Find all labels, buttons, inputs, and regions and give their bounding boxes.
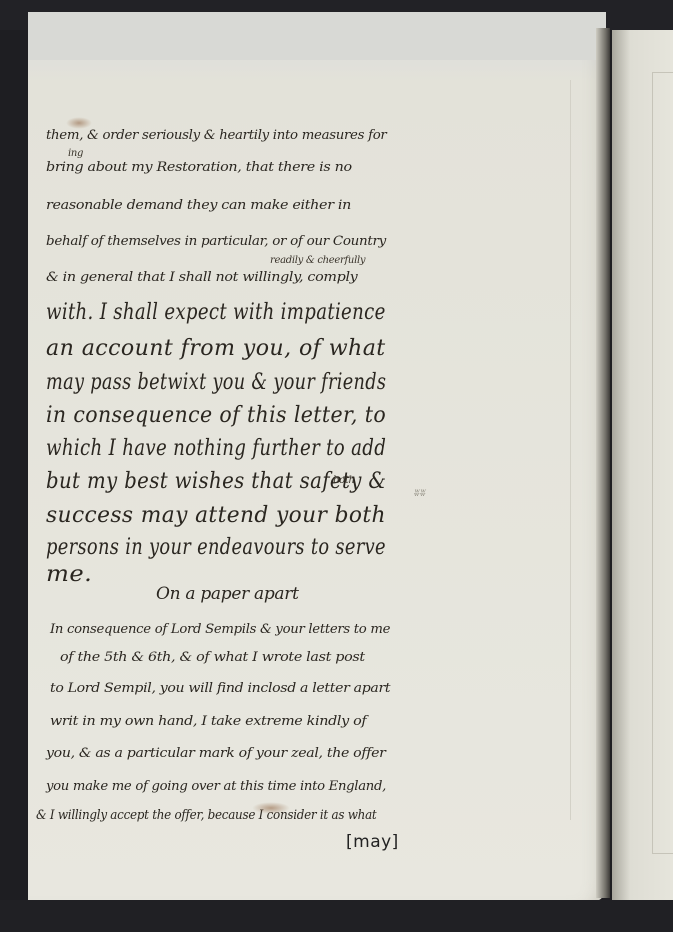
manuscript-line: them, & order seriously & heartily into … (46, 128, 386, 143)
manuscript-line: In consequence of Lord Sempils & your le… (50, 622, 390, 637)
margin-rule (570, 80, 571, 820)
manuscript-line: bring about my Restoration, that there i… (46, 160, 352, 175)
manuscript-line: behalf of themselves in particular, or o… (46, 234, 386, 249)
manuscript-line: to Lord Sempil, you will find inclosd a … (50, 681, 390, 696)
section-heading: On a paper apart (156, 584, 299, 604)
manuscript-line: writ in my own hand, I take extreme kind… (50, 714, 366, 729)
manuscript-line: with. I shall expect with impatience (46, 300, 386, 325)
editorial-annotation: [may] (346, 832, 399, 852)
interlinear-insertion: both (333, 475, 355, 486)
interlinear-insertion: ing (68, 148, 83, 159)
manuscript-line: you make me of going over at this time i… (46, 779, 386, 794)
manuscript-line: success may attend your both (46, 503, 386, 528)
facing-page-frame (652, 72, 673, 854)
manuscript-line: & I willingly accept the offer, because … (36, 808, 376, 823)
scan-background-bottom (0, 900, 673, 932)
binding-gutter (596, 28, 610, 898)
ink-stain (252, 802, 290, 814)
manuscript-line: an account from you, of what (46, 336, 386, 361)
manuscript-line: & in general that I shall not willingly,… (46, 270, 357, 285)
manuscript-line: me. (46, 562, 92, 587)
manuscript-line: in consequence of this letter, to (46, 403, 386, 428)
manuscript-line: of the 5th & 6th, & of what I wrote last… (60, 650, 365, 665)
ink-stain (66, 117, 92, 129)
manuscript-line: you, & as a particular mark of your zeal… (46, 746, 386, 761)
manuscript-scan: them, & order seriously & heartily into … (0, 0, 673, 932)
manuscript-line: may pass betwixt you & your friends (46, 370, 386, 395)
manuscript-line: persons in your endeavours to serve (46, 535, 386, 560)
manuscript-line: which I have nothing further to add (46, 436, 386, 461)
interlinear-insertion: readily & cheerfully (270, 255, 365, 266)
manuscript-line: reasonable demand they can make either i… (46, 198, 351, 213)
ink-smudge: ʬʬ (414, 488, 426, 499)
page-top-edge (28, 12, 606, 60)
